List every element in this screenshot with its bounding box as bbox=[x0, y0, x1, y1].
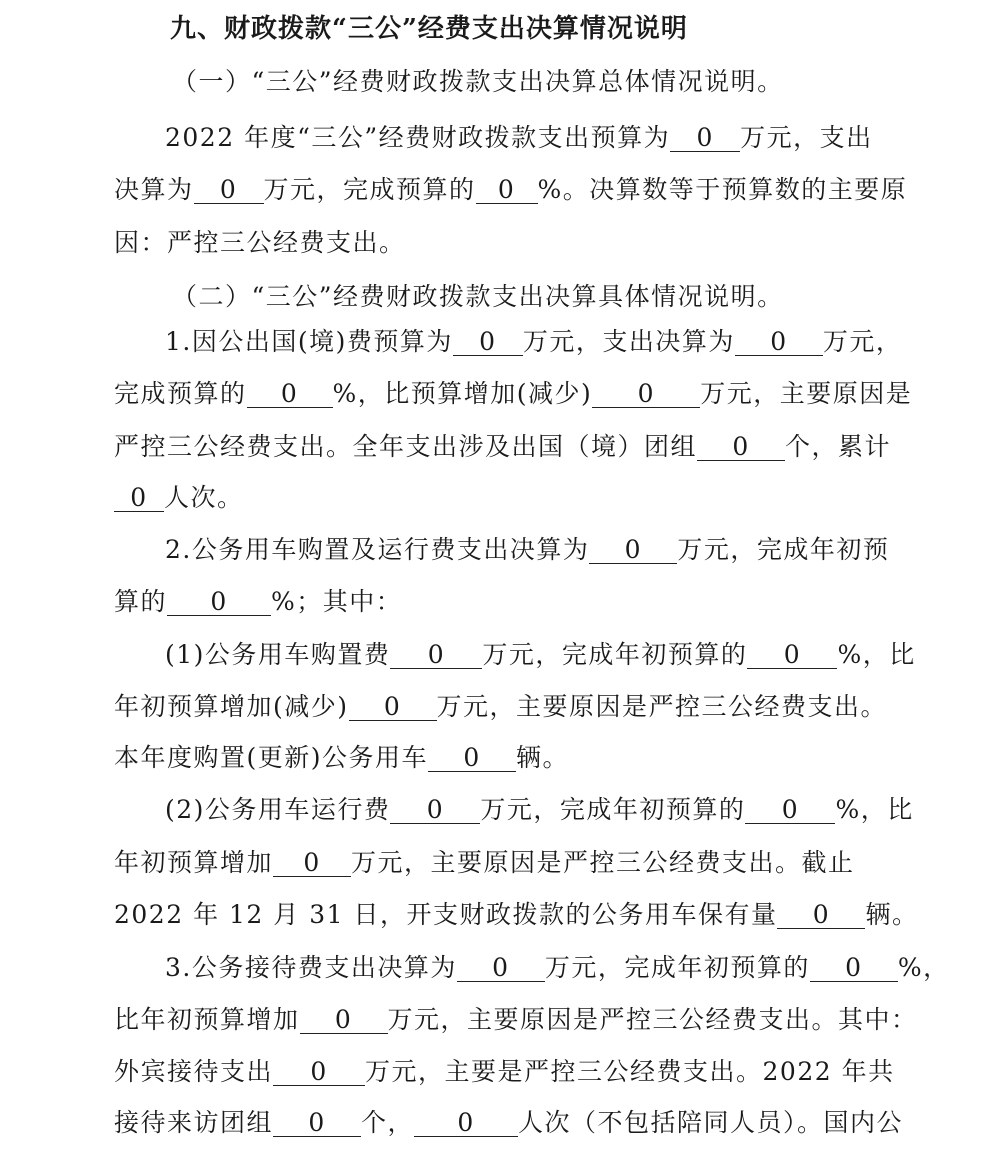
filled-blank-value: 0 bbox=[390, 797, 480, 824]
filled-blank-value: 0 bbox=[167, 589, 271, 616]
filled-blank-value: 0 bbox=[453, 329, 523, 356]
paragraph-line: 0人次。 bbox=[114, 478, 244, 514]
text-segment: 万元，支出 bbox=[740, 123, 873, 152]
filled-blank-value: 0 bbox=[273, 1059, 365, 1086]
text-segment: 完成预算的 bbox=[114, 379, 247, 408]
text-segment: 万元，完成年初预算的 bbox=[480, 795, 745, 824]
text-segment: 万元，完成年初预算的 bbox=[545, 953, 810, 982]
text-segment: 万元， bbox=[823, 327, 903, 356]
text-segment: 算的 bbox=[114, 587, 167, 616]
filled-blank-value: 0 bbox=[247, 381, 333, 408]
filled-blank-value: 0 bbox=[273, 850, 351, 877]
filled-blank-value: 0 bbox=[589, 537, 677, 564]
text-segment: 万元，主要原因是严控三公经费支出。其中： bbox=[388, 1005, 918, 1034]
text-segment: 人次。 bbox=[164, 483, 244, 512]
filled-blank-value: 0 bbox=[735, 329, 823, 356]
text-segment: 个， bbox=[361, 1108, 414, 1137]
filled-blank-value: 0 bbox=[114, 485, 164, 512]
text-segment: 人次（不包括陪同人员）。国内公 bbox=[518, 1108, 903, 1137]
filled-blank-value: 0 bbox=[745, 797, 835, 824]
paragraph-line: 严控三公经费支出。全年支出涉及出国（境）团组0个，累计 bbox=[114, 427, 891, 463]
filled-blank-value: 0 bbox=[670, 125, 740, 152]
text-segment: 个，累计 bbox=[785, 432, 891, 461]
text-segment: 万元，主要原因是严控三公经费支出。 bbox=[437, 692, 888, 721]
text-segment: 九、财政拨款“三公”经费支出决算情况说明 bbox=[170, 14, 688, 44]
paragraph-line: 1.因公出国(境)费预算为0万元，支出决算为0万元， bbox=[165, 322, 902, 358]
paragraph-line: 接待来访团组0个，0人次（不包括陪同人员）。国内公 bbox=[114, 1103, 903, 1139]
text-segment: %。决算数等于预算数的主要原 bbox=[538, 175, 908, 204]
text-segment: 2022 年度“三公”经费财政拨款支出预算为 bbox=[165, 123, 670, 152]
text-segment: 外宾接待支出 bbox=[114, 1057, 273, 1086]
text-segment: %，比 bbox=[835, 795, 913, 824]
text-segment: 万元，主要原因是 bbox=[700, 379, 912, 408]
text-segment: 比年初预算增加 bbox=[114, 1005, 300, 1034]
paragraph-line: 本年度购置(更新)公务用车0辆。 bbox=[114, 738, 569, 774]
text-segment: 接待来访团组 bbox=[114, 1108, 273, 1137]
filled-blank-value: 0 bbox=[300, 1007, 388, 1034]
text-segment: 辆。 bbox=[865, 900, 918, 929]
filled-blank-value: 0 bbox=[457, 955, 545, 982]
text-segment: 辆。 bbox=[516, 743, 569, 772]
filled-blank-value: 0 bbox=[747, 642, 837, 669]
text-segment: (2)公务用车运行费 bbox=[165, 795, 390, 824]
filled-blank-value: 0 bbox=[414, 1110, 518, 1137]
text-segment: (1)公务用车购置费 bbox=[165, 640, 390, 669]
text-segment: 万元，完成预算的 bbox=[264, 175, 476, 204]
text-segment: 3.公务接待费支出决算为 bbox=[165, 953, 457, 982]
paragraph-line: 外宾接待支出0万元，主要是严控三公经费支出。2022 年共 bbox=[114, 1052, 895, 1088]
paragraph-line: 因：严控三公经费支出。 bbox=[114, 223, 406, 259]
text-segment: 万元，完成年初预算的 bbox=[482, 640, 747, 669]
text-segment: 本年度购置(更新)公务用车 bbox=[114, 743, 428, 772]
filled-blank-value: 0 bbox=[697, 434, 785, 461]
text-segment: 2.公务用车购置及运行费支出决算为 bbox=[165, 535, 589, 564]
subsection-heading: （二）“三公”经费财政拨款支出决算具体情况说明。 bbox=[172, 277, 784, 313]
paragraph-line: 决算为0万元，完成预算的0%。决算数等于预算数的主要原 bbox=[114, 170, 907, 206]
filled-blank-value: 0 bbox=[476, 177, 538, 204]
text-segment: （二）“三公”经费财政拨款支出决算具体情况说明。 bbox=[172, 282, 784, 311]
paragraph-line: 2022 年度“三公”经费财政拨款支出预算为0万元，支出 bbox=[165, 118, 873, 154]
text-segment: 万元，完成年初预 bbox=[677, 535, 889, 564]
text-segment: 年初预算增加 bbox=[114, 848, 273, 877]
text-segment: （一）“三公”经费财政拨款支出决算总体情况说明。 bbox=[172, 67, 784, 96]
paragraph-line: 3.公务接待费支出决算为0万元，完成年初预算的0%， bbox=[165, 948, 950, 984]
filled-blank-value: 0 bbox=[349, 694, 437, 721]
paragraph-line: 2.公务用车购置及运行费支出决算为0万元，完成年初预 bbox=[165, 530, 889, 566]
paragraph-line: 完成预算的0%，比预算增加(减少)0万元，主要原因是 bbox=[114, 374, 912, 410]
paragraph-line: 2022 年 12 月 31 日，开支财政拨款的公务用车保有量0辆。 bbox=[114, 895, 919, 931]
filled-blank-value: 0 bbox=[428, 745, 516, 772]
filled-blank-value: 0 bbox=[777, 902, 865, 929]
filled-blank-value: 0 bbox=[194, 177, 264, 204]
paragraph-line: (1)公务用车购置费0万元，完成年初预算的0%，比 bbox=[165, 635, 916, 671]
text-segment: %，比预算增加(减少) bbox=[333, 379, 593, 408]
text-segment: 严控三公经费支出。全年支出涉及出国（境）团组 bbox=[114, 432, 697, 461]
paragraph-line: 年初预算增加(减少)0万元，主要原因是严控三公经费支出。 bbox=[114, 687, 887, 723]
text-segment: 万元，主要是严控三公经费支出。2022 年共 bbox=[365, 1057, 895, 1086]
text-segment: 年初预算增加(减少) bbox=[114, 692, 349, 721]
text-segment: 2022 年 12 月 31 日，开支财政拨款的公务用车保有量 bbox=[114, 900, 777, 929]
text-segment: 决算为 bbox=[114, 175, 194, 204]
filled-blank-value: 0 bbox=[273, 1110, 361, 1137]
paragraph-line: 年初预算增加0万元，主要原因是严控三公经费支出。截止 bbox=[114, 843, 855, 879]
paragraph-line: 算的0%；其中： bbox=[114, 582, 402, 618]
text-segment: 万元，主要原因是严控三公经费支出。截止 bbox=[351, 848, 855, 877]
text-segment: %， bbox=[898, 953, 950, 982]
text-segment: 万元，支出决算为 bbox=[523, 327, 735, 356]
section-heading: 九、财政拨款“三公”经费支出决算情况说明 bbox=[170, 8, 688, 45]
text-segment: 因：严控三公经费支出。 bbox=[114, 228, 406, 257]
paragraph-line: (2)公务用车运行费0万元，完成年初预算的0%，比 bbox=[165, 790, 914, 826]
text-segment: %；其中： bbox=[271, 587, 402, 616]
filled-blank-value: 0 bbox=[592, 381, 700, 408]
subsection-heading: （一）“三公”经费财政拨款支出决算总体情况说明。 bbox=[172, 62, 784, 98]
paragraph-line: 比年初预算增加0万元，主要原因是严控三公经费支出。其中： bbox=[114, 1000, 918, 1036]
text-segment: 1.因公出国(境)费预算为 bbox=[165, 327, 453, 356]
filled-blank-value: 0 bbox=[390, 642, 482, 669]
filled-blank-value: 0 bbox=[810, 955, 898, 982]
text-segment: %，比 bbox=[837, 640, 915, 669]
